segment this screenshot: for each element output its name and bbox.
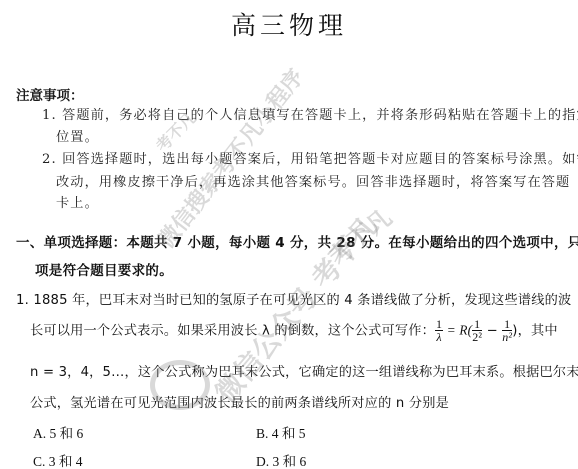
question-1-line-1: 1. 1885 年，巴耳末对当时已知的氢原子在可见光区的 4 条谱线做了分析，发… (16, 289, 571, 308)
notice-item-2-line-2: 改动，用橡皮擦干净后，再选涂其他答案标号。回答非选择题时，将答案写在答题 (56, 171, 570, 190)
question-1-line-3: n = 3，4，5…，这个公式称为巴耳末公式，它确定的这一组谱线称为巴耳末系。根… (30, 361, 578, 380)
wechat-logo-icon (150, 360, 210, 410)
fraction-denominator: λ (435, 331, 443, 343)
question-1-line-2-tail: ，其中 (518, 324, 558, 339)
notice-item-2-line-1: 2. 回答选择题时，选出每小题答案后，用铅笔把答题卡对应题目的答案标号涂黑。如需 (42, 148, 578, 167)
section-heading-line-1: 一、单项选择题：本题共 7 小题，每小题 4 分，共 28 分。在每小题给出的四… (16, 231, 578, 251)
notice-item-2-line-3: 卡上。 (56, 192, 99, 211)
fraction-denominator: 2² (472, 331, 482, 343)
section-heading-line-2: 项是符合题目要求的。 (35, 259, 173, 279)
formula-fraction-1: 12² (472, 318, 482, 343)
question-1-line-4: 公式，氢光谱在可见光范围内波长最长的前两条谱线所对应的 n 分别是 (30, 392, 449, 411)
notice-item-1-line-1: 1. 答题前，务必将自己的个人信息填写在答题卡上，并将条形码粘贴在答题卡上的指定 (42, 104, 578, 123)
formula-minus: − (482, 324, 502, 339)
question-1-line-2-text: 长可以用一个公式表示。如果采用波长 λ 的倒数，这个公式可写作： (30, 324, 435, 339)
formula-lhs-fraction: 1λ (435, 318, 443, 343)
fraction-denominator: n² (502, 331, 512, 343)
option-c: C. 3 和 4 (33, 450, 83, 469)
page-title: 高三物理 (0, 6, 578, 42)
formula-equals-r: = R( (443, 323, 472, 338)
notice-heading: 注意事项： (16, 84, 84, 104)
notice-item-1-line-2: 位置。 (56, 126, 99, 145)
question-1-line-2: 长可以用一个公式表示。如果采用波长 λ 的倒数，这个公式可写作：1λ = R(1… (30, 318, 558, 343)
option-b: B. 4 和 5 (256, 422, 306, 442)
formula-fraction-2: 1n² (502, 318, 512, 343)
option-a: A. 5 和 6 (33, 422, 83, 442)
option-d: D. 3 和 6 (256, 450, 306, 469)
